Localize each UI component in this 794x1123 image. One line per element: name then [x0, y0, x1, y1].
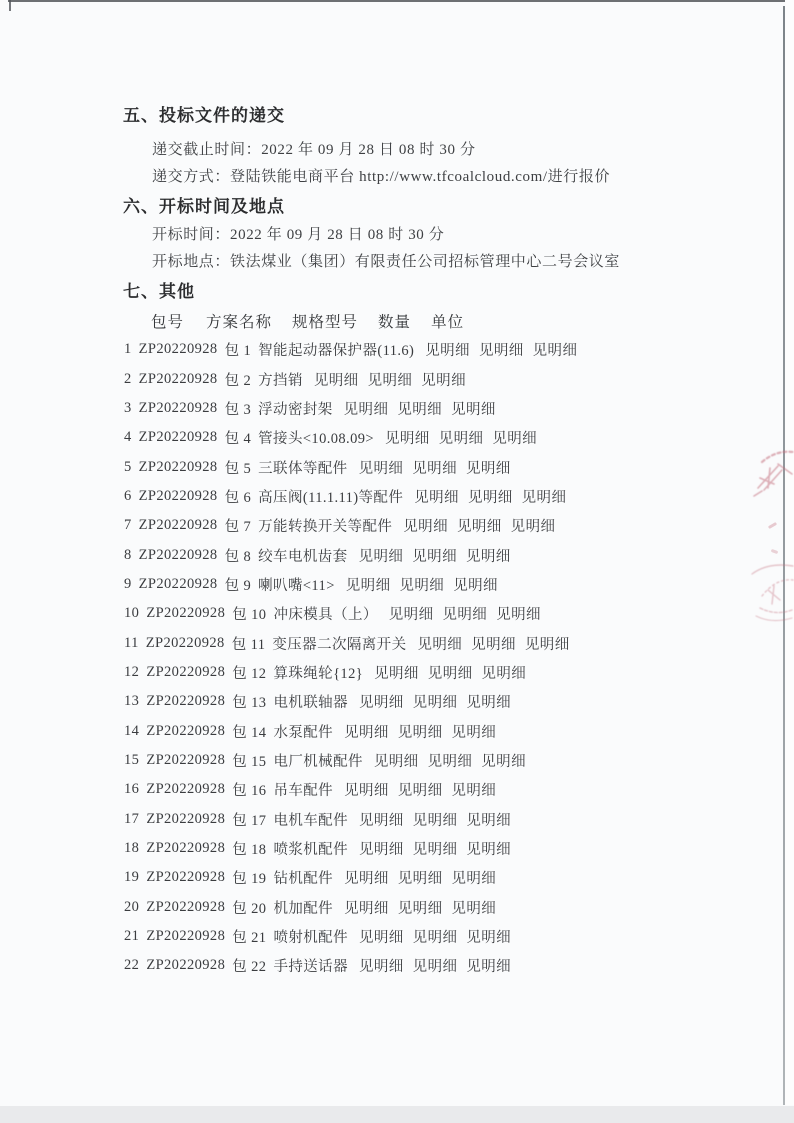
row-unit: 见明细 — [466, 545, 511, 566]
row-unit: 见明细 — [451, 897, 496, 918]
row-package: 包 4 — [225, 427, 252, 448]
opening-time-line: 开标时间：2022 年 09 月 28 日 08 时 30 分 — [152, 226, 794, 245]
row-unit: 见明细 — [421, 369, 466, 390]
row-package: 包 19 — [232, 867, 266, 888]
row-code: ZP20220928 — [146, 664, 225, 681]
row-code: ZP20220928 — [146, 957, 225, 974]
row-quantity: 见明细 — [397, 398, 442, 419]
table-row: 15 ZP20220928 包 15 电厂机械配件 见明细 见明细 见明细 — [124, 746, 794, 775]
row-plan-name: 手持送话器 — [273, 955, 348, 976]
row-code: ZP20220928 — [146, 605, 225, 622]
row-seq: 10 — [124, 605, 139, 622]
row-quantity: 见明细 — [368, 369, 413, 390]
row-seq: 4 — [124, 429, 132, 446]
row-spec-model: 见明细 — [374, 662, 419, 683]
row-quantity: 见明细 — [413, 809, 458, 830]
row-unit: 见明细 — [481, 750, 526, 771]
row-spec-model: 见明细 — [417, 633, 462, 654]
row-code: ZP20220928 — [146, 840, 225, 857]
col-unit: 单位 — [431, 314, 464, 331]
row-code: ZP20220928 — [146, 869, 225, 886]
row-unit: 见明细 — [451, 721, 496, 742]
row-plan-name: 浮动密封架 — [258, 398, 333, 419]
col-quantity: 数量 — [378, 314, 411, 331]
row-code: ZP20220928 — [139, 459, 218, 476]
row-unit: 见明细 — [511, 515, 556, 536]
table-row: 22 ZP20220928 包 22 手持送话器 见明细 见明细 见明细 — [124, 951, 794, 980]
section-6-heading: 六、开标时间及地点 — [123, 195, 794, 218]
row-code: ZP20220928 — [139, 488, 218, 505]
row-package: 包 1 — [225, 339, 252, 360]
row-plan-name: 管接头<10.08.09> — [258, 427, 374, 448]
row-plan-name: 水泵配件 — [273, 721, 333, 742]
table-row: 3 ZP20220928 包 3 浮动密封架 见明细 见明细 见明细 — [124, 394, 794, 423]
row-code: ZP20220928 — [146, 928, 225, 945]
row-seq: 6 — [124, 488, 132, 505]
row-plan-name: 喷射机配件 — [273, 926, 348, 947]
row-quantity: 见明细 — [428, 662, 473, 683]
row-code: ZP20220928 — [139, 371, 218, 388]
row-plan-name: 智能起动器保护器(11.6) — [258, 339, 414, 360]
row-unit: 见明细 — [466, 926, 511, 947]
row-code: ZP20220928 — [139, 547, 218, 564]
row-spec-model: 见明细 — [346, 574, 391, 595]
row-package: 包 22 — [232, 955, 266, 976]
table-row: 5 ZP20220928 包 5 三联体等配件 见明细 见明细 见明细 — [124, 452, 794, 481]
table-row: 19 ZP20220928 包 19 钻机配件 见明细 见明细 见明细 — [124, 863, 794, 892]
row-seq: 16 — [124, 781, 139, 798]
row-quantity: 见明细 — [413, 691, 458, 712]
row-seq: 12 — [124, 664, 139, 681]
row-package: 包 3 — [225, 398, 252, 419]
row-plan-name: 电机联轴器 — [273, 691, 348, 712]
row-seq: 9 — [124, 576, 132, 593]
opening-place-line: 开标地点：铁法煤业（集团）有限责任公司招标管理中心二号会议室 — [152, 253, 794, 272]
row-quantity: 见明细 — [398, 897, 443, 918]
row-package: 包 5 — [225, 457, 252, 478]
table-row: 8 ZP20220928 包 8 绞车电机齿套 见明细 见明细 见明细 — [124, 540, 794, 569]
row-spec-model: 见明细 — [359, 838, 404, 859]
row-package: 包 13 — [232, 691, 266, 712]
col-package-no: 包号 — [151, 314, 184, 331]
row-unit: 见明细 — [451, 398, 496, 419]
row-plan-name: 变压器二次隔离开关 — [272, 633, 406, 654]
row-spec-model: 见明细 — [359, 691, 404, 712]
row-quantity: 见明细 — [413, 838, 458, 859]
section-7-heading: 七、其他 — [123, 280, 794, 303]
row-seq: 8 — [124, 547, 132, 564]
row-seq: 13 — [124, 693, 139, 710]
row-spec-model: 见明细 — [359, 926, 404, 947]
row-package: 包 15 — [232, 750, 266, 771]
row-quantity: 见明细 — [398, 779, 443, 800]
row-spec-model: 见明细 — [403, 515, 448, 536]
row-quantity: 见明细 — [413, 926, 458, 947]
row-quantity: 见明细 — [398, 721, 443, 742]
row-code: ZP20220928 — [139, 517, 218, 534]
row-unit: 见明细 — [451, 779, 496, 800]
row-package: 包 6 — [225, 486, 252, 507]
row-seq: 22 — [124, 957, 139, 974]
table-row: 21 ZP20220928 包 21 喷射机配件 见明细 见明细 见明细 — [124, 922, 794, 951]
row-seq: 5 — [124, 459, 132, 476]
table-row: 9 ZP20220928 包 9 喇叭嘴<11> 见明细 见明细 见明细 — [124, 570, 794, 599]
row-seq: 15 — [124, 752, 139, 769]
row-quantity: 见明细 — [468, 486, 513, 507]
row-spec-model: 见明细 — [359, 457, 404, 478]
row-package: 包 21 — [232, 926, 266, 947]
row-seq: 7 — [124, 517, 132, 534]
row-plan-name: 冲床模具（上） — [273, 603, 377, 624]
row-plan-name: 吊车配件 — [273, 779, 333, 800]
table-row: 16 ZP20220928 包 16 吊车配件 见明细 见明细 见明细 — [124, 775, 794, 804]
document-page: 五、投标文件的递交 递交截止时间：2022 年 09 月 28 日 08 时 3… — [0, 0, 794, 1123]
table-row: 18 ZP20220928 包 18 喷浆机配件 见明细 见明细 见明细 — [124, 834, 794, 863]
col-spec-model: 规格型号 — [292, 314, 358, 331]
row-seq: 14 — [124, 723, 139, 740]
row-seq: 21 — [124, 928, 139, 945]
row-plan-name: 喷浆机配件 — [273, 838, 348, 859]
row-plan-name: 算珠绳轮{12} — [273, 662, 363, 683]
row-plan-name: 喇叭嘴<11> — [258, 574, 335, 595]
row-quantity: 见明细 — [471, 633, 516, 654]
row-code: ZP20220928 — [146, 723, 225, 740]
row-unit: 见明细 — [482, 662, 527, 683]
row-spec-model: 见明细 — [359, 955, 404, 976]
row-unit: 见明细 — [453, 574, 498, 595]
section-5-heading: 五、投标文件的递交 — [123, 104, 794, 127]
row-package: 包 12 — [232, 662, 266, 683]
row-package: 包 2 — [225, 369, 252, 390]
row-quantity: 见明细 — [412, 457, 457, 478]
row-spec-model: 见明细 — [385, 427, 430, 448]
row-plan-name: 电机车配件 — [273, 809, 348, 830]
row-seq: 11 — [124, 635, 139, 652]
row-quantity: 见明细 — [479, 339, 524, 360]
table-row: 13 ZP20220928 包 13 电机联轴器 见明细 见明细 见明细 — [124, 687, 794, 716]
row-seq: 1 — [124, 341, 132, 358]
row-spec-model: 见明细 — [344, 867, 389, 888]
row-spec-model: 见明细 — [414, 486, 459, 507]
row-seq: 20 — [124, 899, 139, 916]
row-spec-model: 见明细 — [344, 398, 389, 419]
row-spec-model: 见明细 — [344, 779, 389, 800]
row-unit: 见明细 — [533, 339, 578, 360]
row-quantity: 见明细 — [457, 515, 502, 536]
document-content: 五、投标文件的递交 递交截止时间：2022 年 09 月 28 日 08 时 3… — [0, 0, 794, 1123]
row-package: 包 18 — [232, 838, 266, 859]
row-spec-model: 见明细 — [344, 721, 389, 742]
row-plan-name: 方挡销 — [258, 369, 303, 390]
row-quantity: 见明细 — [439, 427, 484, 448]
package-table-header: 包号方案名称规格型号数量单位 — [151, 310, 794, 332]
table-row: 12 ZP20220928 包 12 算珠绳轮{12} 见明细 见明细 见明细 — [124, 658, 794, 687]
row-unit: 见明细 — [496, 603, 541, 624]
table-row: 7 ZP20220928 包 7 万能转换开关等配件 见明细 见明细 见明细 — [124, 511, 794, 540]
row-plan-name: 绞车电机齿套 — [258, 545, 347, 566]
row-code: ZP20220928 — [139, 429, 218, 446]
row-code: ZP20220928 — [146, 781, 225, 798]
table-row: 1 ZP20220928 包 1 智能起动器保护器(11.6) 见明细 见明细 … — [124, 335, 794, 364]
table-row: 11 ZP20220928 包 11 变压器二次隔离开关 见明细 见明细 见明细 — [124, 628, 794, 657]
row-package: 包 14 — [232, 721, 266, 742]
row-spec-model: 见明细 — [314, 369, 359, 390]
row-unit: 见明细 — [492, 427, 537, 448]
row-package: 包 10 — [232, 603, 266, 624]
row-package: 包 9 — [225, 574, 252, 595]
row-package: 包 7 — [225, 515, 252, 536]
row-unit: 见明细 — [525, 633, 570, 654]
row-quantity: 见明细 — [398, 867, 443, 888]
row-spec-model: 见明细 — [359, 809, 404, 830]
row-quantity: 见明细 — [399, 574, 444, 595]
table-row: 14 ZP20220928 包 14 水泵配件 见明细 见明细 见明细 — [124, 716, 794, 745]
submission-deadline-line: 递交截止时间：2022 年 09 月 28 日 08 时 30 分 — [152, 141, 794, 160]
row-code: ZP20220928 — [146, 635, 225, 652]
row-plan-name: 高压阀(11.1.11)等配件 — [258, 486, 403, 507]
row-seq: 19 — [124, 869, 139, 886]
row-plan-name: 电厂机械配件 — [273, 750, 362, 771]
row-package: 包 8 — [225, 545, 252, 566]
row-seq: 17 — [124, 811, 139, 828]
row-unit: 见明细 — [451, 867, 496, 888]
table-row: 17 ZP20220928 包 17 电机车配件 见明细 见明细 见明细 — [124, 805, 794, 834]
row-package: 包 20 — [232, 897, 266, 918]
row-code: ZP20220928 — [139, 576, 218, 593]
row-package: 包 17 — [232, 809, 266, 830]
table-row: 6 ZP20220928 包 6 高压阀(11.1.11)等配件 见明细 见明细… — [124, 482, 794, 511]
row-code: ZP20220928 — [146, 811, 225, 828]
row-plan-name: 机加配件 — [273, 897, 333, 918]
row-code: ZP20220928 — [146, 752, 225, 769]
row-unit: 见明细 — [522, 486, 567, 507]
row-seq: 3 — [124, 400, 132, 417]
table-row: 10 ZP20220928 包 10 冲床模具（上） 见明细 见明细 见明细 — [124, 599, 794, 628]
row-unit: 见明细 — [466, 691, 511, 712]
row-quantity: 见明细 — [442, 603, 487, 624]
row-quantity: 见明细 — [413, 955, 458, 976]
submission-method-line: 递交方式：登陆铁能电商平台 http://www.tfcoalcloud.com… — [152, 168, 794, 187]
col-plan-name: 方案名称 — [206, 314, 272, 331]
row-code: ZP20220928 — [146, 693, 225, 710]
row-package: 包 16 — [232, 779, 266, 800]
row-plan-name: 三联体等配件 — [258, 457, 347, 478]
items-list: 1 ZP20220928 包 1 智能起动器保护器(11.6) 见明细 见明细 … — [124, 335, 794, 981]
row-unit: 见明细 — [466, 955, 511, 976]
table-row: 20 ZP20220928 包 20 机加配件 见明细 见明细 见明细 — [124, 893, 794, 922]
table-row: 2 ZP20220928 包 2 方挡销 见明细 见明细 见明细 — [124, 364, 794, 393]
row-quantity: 见明细 — [412, 545, 457, 566]
row-plan-name: 万能转换开关等配件 — [258, 515, 392, 536]
row-code: ZP20220928 — [139, 400, 218, 417]
row-spec-model: 见明细 — [389, 603, 434, 624]
table-row: 4 ZP20220928 包 4 管接头<10.08.09> 见明细 见明细 见… — [124, 423, 794, 452]
row-unit: 见明细 — [466, 457, 511, 478]
row-unit: 见明细 — [466, 809, 511, 830]
row-spec-model: 见明细 — [374, 750, 419, 771]
row-quantity: 见明细 — [428, 750, 473, 771]
row-spec-model: 见明细 — [425, 339, 470, 360]
row-seq: 2 — [124, 371, 132, 388]
row-plan-name: 钻机配件 — [273, 867, 333, 888]
row-spec-model: 见明细 — [359, 545, 404, 566]
row-code: ZP20220928 — [146, 899, 225, 916]
row-package: 包 11 — [232, 633, 266, 654]
row-code: ZP20220928 — [139, 341, 218, 358]
row-seq: 18 — [124, 840, 139, 857]
row-unit: 见明细 — [466, 838, 511, 859]
row-spec-model: 见明细 — [344, 897, 389, 918]
